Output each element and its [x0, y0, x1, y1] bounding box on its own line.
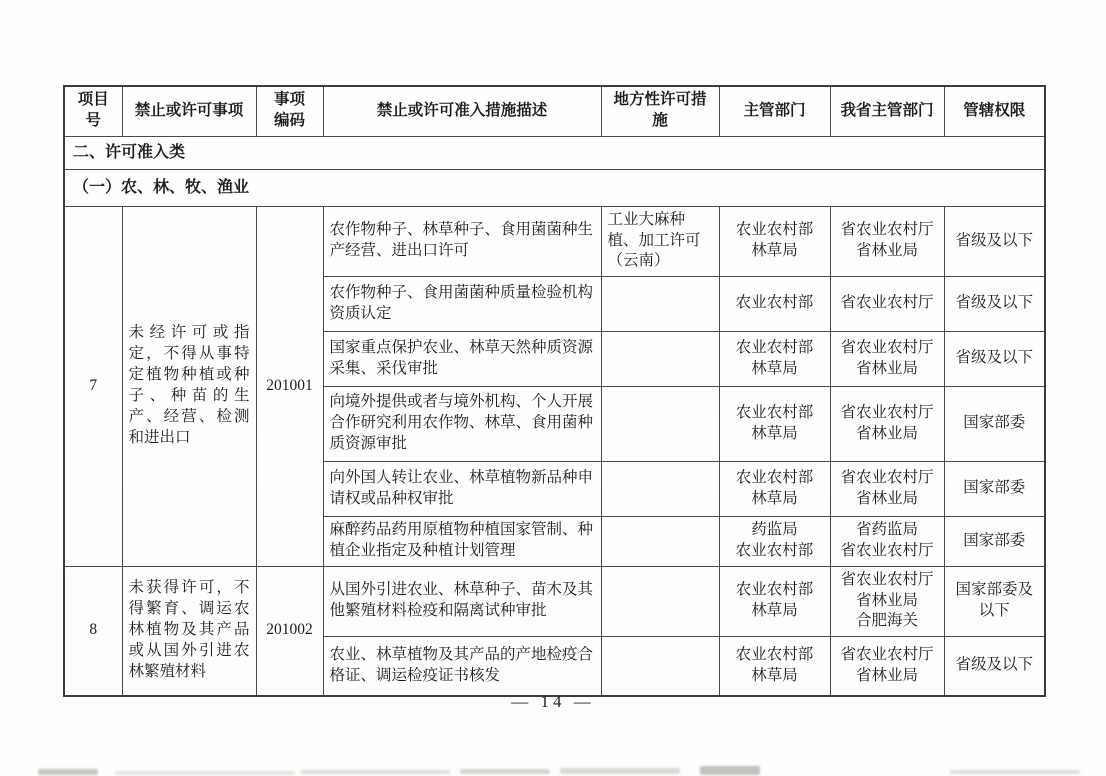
cell-matter: 未获得许可，不得繁育、调运农林植物及其产品或从国外引进农林繁殖材料 [122, 566, 256, 696]
cell-local-measure [601, 516, 719, 566]
cell-jurisdiction: 省级及以下 [944, 276, 1045, 331]
cell-department: 农业农村部 林草局 [719, 636, 830, 696]
page-number: — 14 — [0, 692, 1106, 712]
scan-artifact [300, 770, 450, 774]
scan-artifact [950, 770, 1080, 774]
table-row: 8 未获得许可，不得繁育、调运农林植物及其产品或从国外引进农林繁殖材料 2010… [64, 566, 1045, 636]
scan-artifact [38, 769, 98, 775]
header-competent-department: 主管部门 [719, 86, 830, 136]
cell-local-measure [601, 331, 719, 386]
cell-jurisdiction: 国家部委 [944, 386, 1045, 461]
cell-department: 药监局 农业农村部 [719, 516, 830, 566]
cell-department: 农业农村部 林草局 [719, 331, 830, 386]
cell-provincial-department: 省农业农村厅 省林业局 [830, 461, 944, 516]
cell-jurisdiction: 国家部委及以下 [944, 566, 1045, 636]
cell-provincial-department: 省药监局 省农业农村厅 [830, 516, 944, 566]
cell-local-measure: 工业大麻种植、加工许可（云南） [601, 206, 719, 276]
header-local-permit-measure: 地方性许可措施 [601, 86, 719, 136]
section-category-label: 二、许可准入类 [64, 136, 1045, 169]
cell-local-measure [601, 566, 719, 636]
cell-provincial-department: 省农业农村厅 省林业局 [830, 386, 944, 461]
cell-measure: 农作物种子、食用菌菌种质量检验机构资质认定 [323, 276, 601, 331]
header-prohibit-permit-matter: 禁止或许可事项 [122, 86, 256, 136]
cell-measure: 向外国人转让农业、林草植物新品种申请权或品种权审批 [323, 461, 601, 516]
scan-artifact [115, 771, 295, 775]
cell-measure: 农作物种子、林草种子、食用菌菌种生产经营、进出口许可 [323, 206, 601, 276]
cell-jurisdiction: 国家部委 [944, 516, 1045, 566]
cell-item-number: 7 [64, 206, 122, 566]
cell-measure: 农业、林草植物及其产品的产地检疫合格证、调运检疫证书核发 [323, 636, 601, 696]
section-subcategory-label: （一）农、林、牧、渔业 [64, 169, 1045, 206]
header-provincial-department: 我省主管部门 [830, 86, 944, 136]
cell-local-measure [601, 276, 719, 331]
header-jurisdiction: 管辖权限 [944, 86, 1045, 136]
cell-matter-code: 201001 [256, 206, 323, 566]
section-row-category: 二、许可准入类 [64, 136, 1045, 169]
cell-department: 农业农村部 [719, 276, 830, 331]
cell-department: 农业农村部 林草局 [719, 386, 830, 461]
scan-artifact [700, 766, 760, 775]
cell-item-number: 8 [64, 566, 122, 696]
cell-jurisdiction: 省级及以下 [944, 206, 1045, 276]
table-row: 7 未经许可或指定，不得从事特定植物种植或种子、种苗的生产、经营、检测和进出口 … [64, 206, 1045, 276]
scan-artifact [560, 768, 680, 774]
cell-measure: 从国外引进农业、林草种子、苗木及其他繁殖材料检疫和隔离试种审批 [323, 566, 601, 636]
cell-department: 农业农村部 林草局 [719, 566, 830, 636]
cell-matter: 未经许可或指定，不得从事特定植物种植或种子、种苗的生产、经营、检测和进出口 [122, 206, 256, 566]
cell-department: 农业农村部 林草局 [719, 461, 830, 516]
access-list-table: 项目号 禁止或许可事项 事项 编码 禁止或许可准入措施描述 地方性许可措施 主管… [63, 85, 1046, 697]
section-row-subcategory: （一）农、林、牧、渔业 [64, 169, 1045, 206]
cell-provincial-department: 省农业农村厅 省林业局 [830, 206, 944, 276]
scan-artifact [460, 769, 550, 774]
cell-measure: 麻醉药品药用原植物种植国家管制、种植企业指定及种植计划管理 [323, 516, 601, 566]
cell-matter-code: 201002 [256, 566, 323, 696]
cell-jurisdiction: 省级及以下 [944, 636, 1045, 696]
cell-provincial-department: 省农业农村厅 省林业局 [830, 636, 944, 696]
cell-measure: 向境外提供或者与境外机构、个人开展合作研究利用农作物、林草、食用菌种质资源审批 [323, 386, 601, 461]
cell-provincial-department: 省农业农村厅 省林业局 [830, 331, 944, 386]
cell-jurisdiction: 国家部委 [944, 461, 1045, 516]
cell-provincial-department: 省农业农村厅 [830, 276, 944, 331]
table-header-row: 项目号 禁止或许可事项 事项 编码 禁止或许可准入措施描述 地方性许可措施 主管… [64, 86, 1045, 136]
cell-department: 农业农村部 林草局 [719, 206, 830, 276]
header-item-number: 项目号 [64, 86, 122, 136]
cell-measure: 国家重点保护农业、林草天然种质资源采集、采伐审批 [323, 331, 601, 386]
header-measure-description: 禁止或许可准入措施描述 [323, 86, 601, 136]
scanned-document-page: 项目号 禁止或许可事项 事项 编码 禁止或许可准入措施描述 地方性许可措施 主管… [0, 0, 1106, 776]
cell-local-measure [601, 636, 719, 696]
header-matter-code: 事项 编码 [256, 86, 323, 136]
cell-provincial-department: 省农业农村厅 省林业局 合肥海关 [830, 566, 944, 636]
cell-local-measure [601, 461, 719, 516]
cell-jurisdiction: 省级及以下 [944, 331, 1045, 386]
cell-local-measure [601, 386, 719, 461]
